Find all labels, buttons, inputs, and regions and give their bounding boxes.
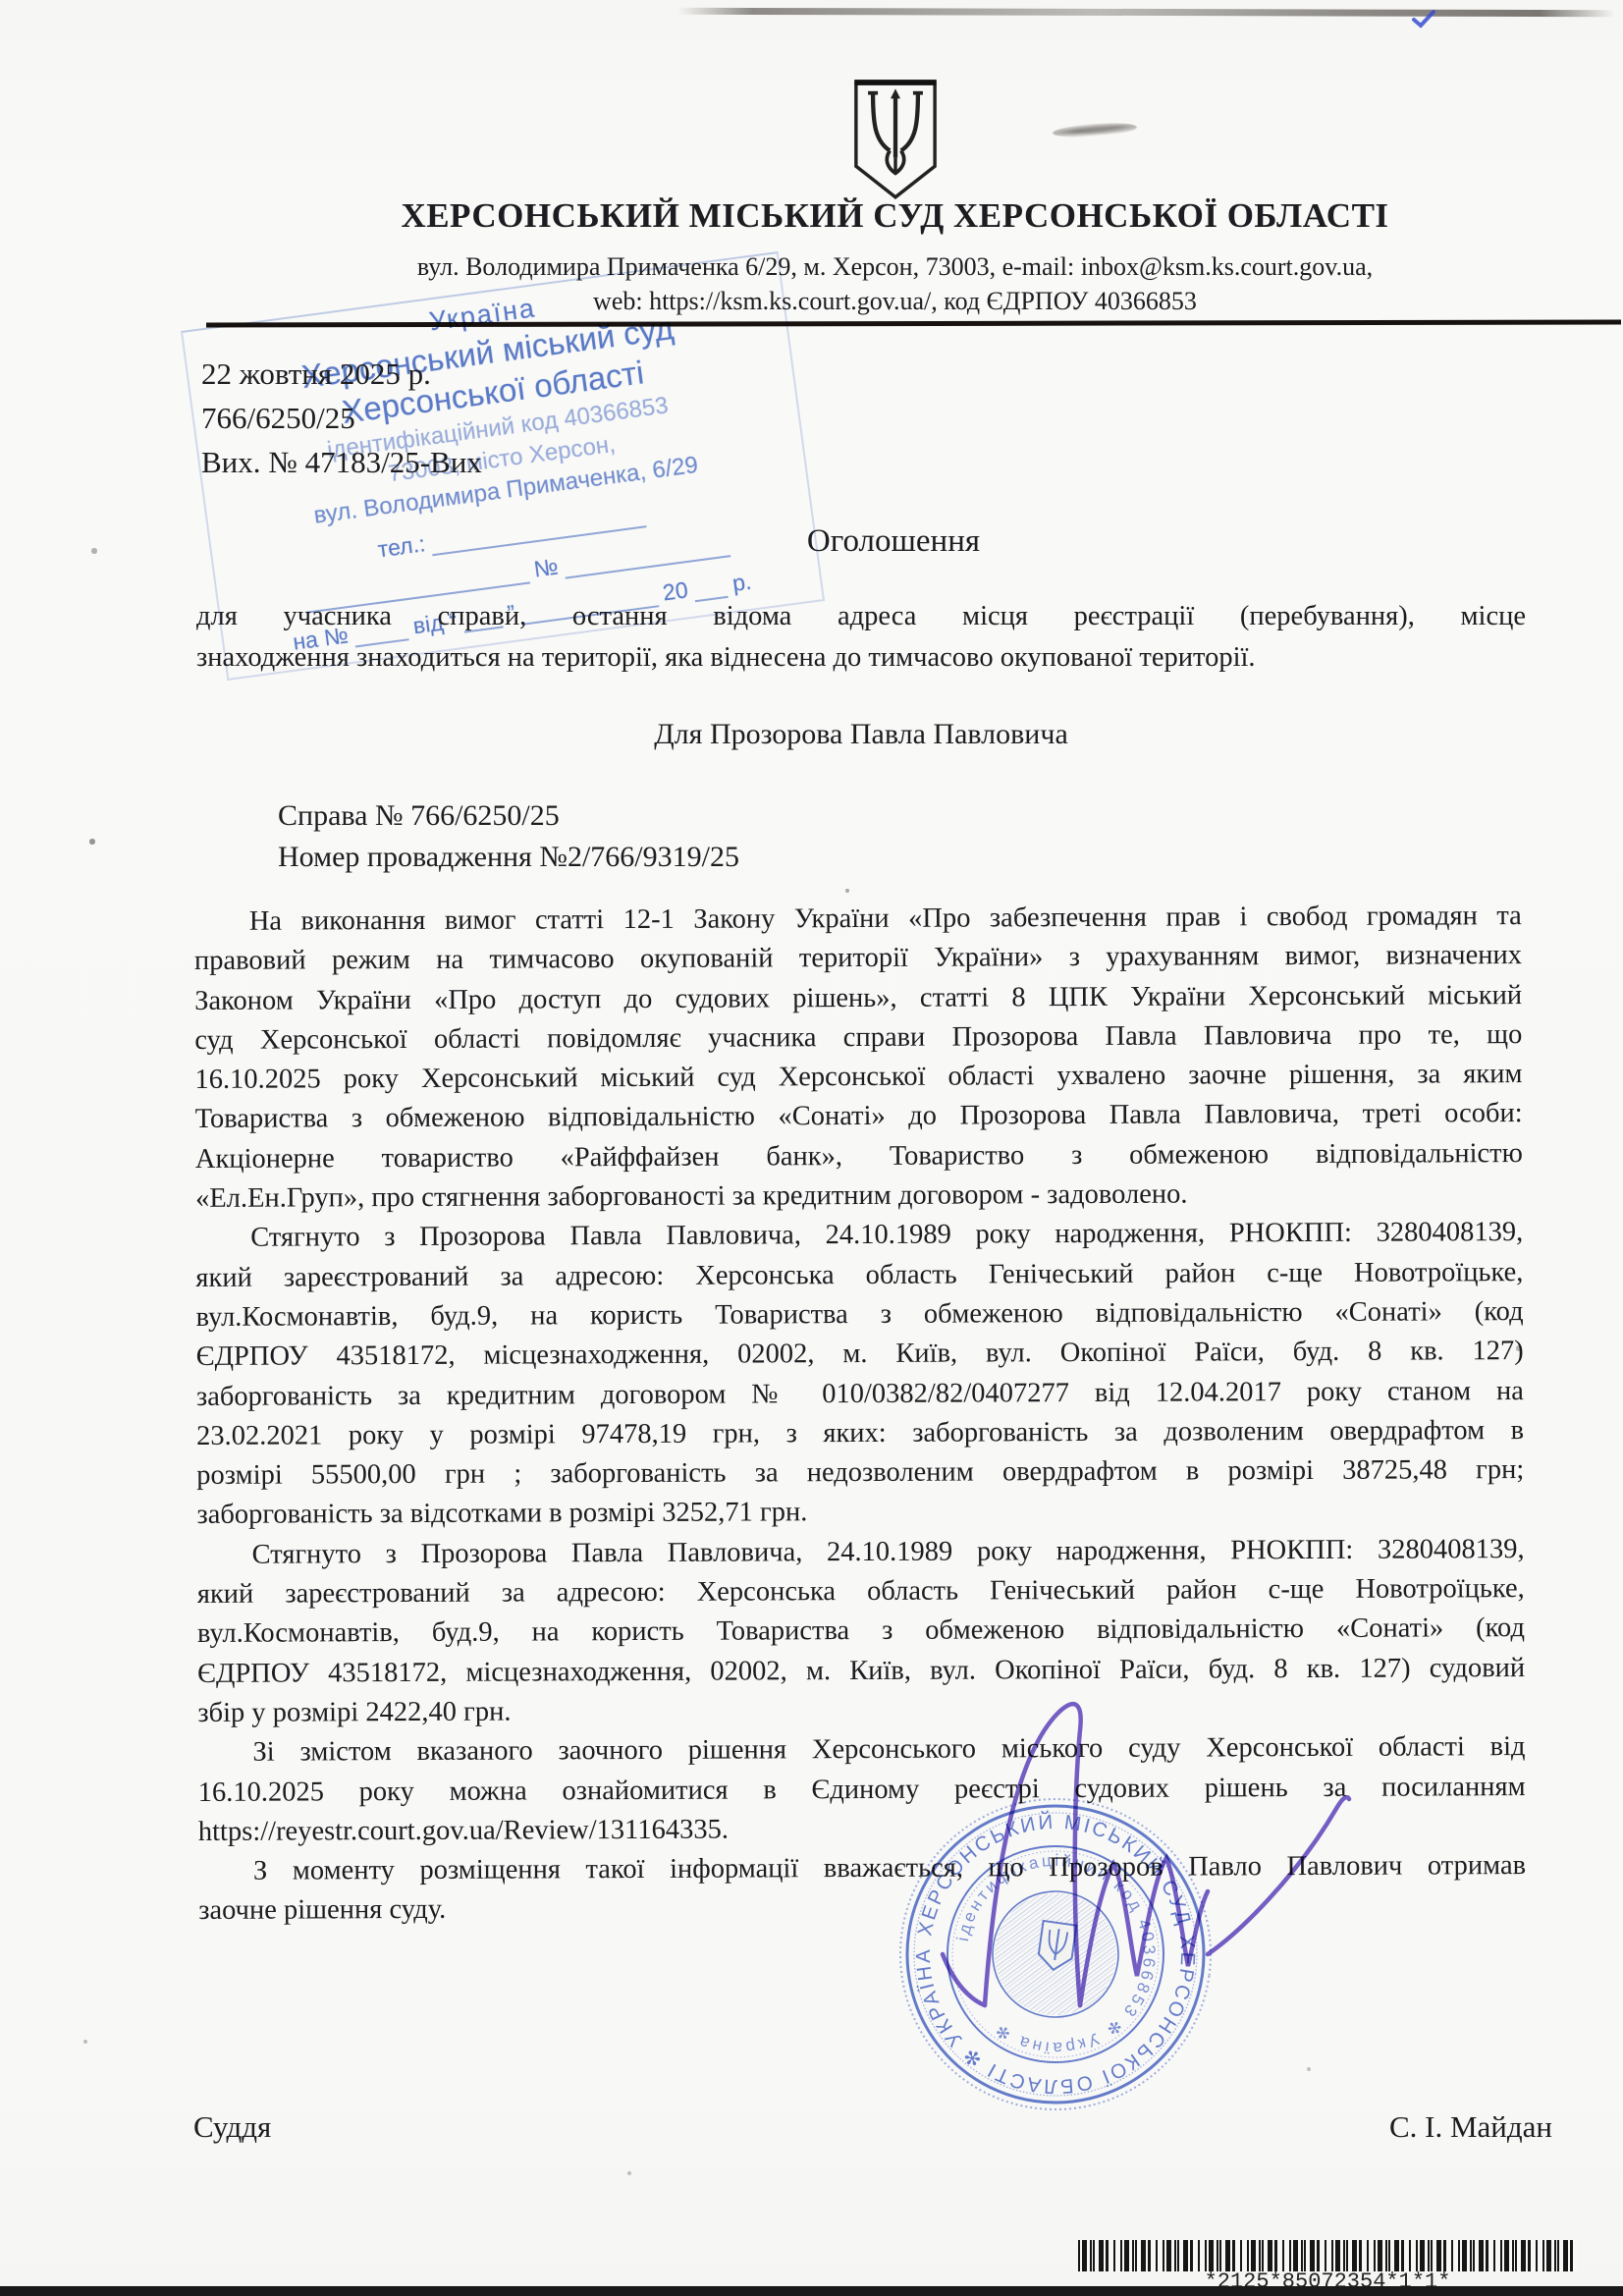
outgoing-number: Вих. № 47183/25-Вих — [201, 440, 482, 484]
case-reference-block: Справа № 766/6250/25 Номер провадження №… — [278, 795, 739, 878]
intro-paragraph: для учасника справи, остання відома адре… — [196, 596, 1526, 679]
text-line: вул.Космонавтів, буд.9, на користь Товар… — [197, 1609, 1525, 1654]
text-line: суд Херсонської області повідомляє учасн… — [194, 1015, 1522, 1061]
text-line: заборгованість за відсотками в розмірі 3… — [196, 1491, 1524, 1536]
ukraine-trident-emblem-icon — [853, 79, 938, 200]
text-line: який зареєстрований за адресою: Херсонсь… — [197, 1569, 1525, 1614]
text-line: Законом України «Про доступ до судових р… — [194, 976, 1522, 1021]
judge-name: С. І. Майдан — [1389, 2109, 1552, 2145]
scan-smudge-small — [1053, 121, 1138, 139]
text-line: розмірі 55500,00 грн ; заборгованість за… — [196, 1450, 1524, 1496]
blue-checkmark-icon — [1411, 8, 1436, 29]
court-address-line1: вул. Володимира Примаченка 6/29, м. Херс… — [167, 252, 1623, 282]
text-line: ЄДРПОУ 43518172, місцезнаходження, 02002… — [196, 1332, 1524, 1377]
case-number: 766/6250/25 — [201, 396, 482, 440]
document-title: Оголошення — [196, 523, 1591, 560]
text-line: Стягнуто з Прозорова Павла Павловича, 24… — [197, 1530, 1525, 1575]
text-line: вул.Космонавтів, буд.9, на користь Товар… — [195, 1292, 1523, 1338]
text-line: Стягнуто з Прозорова Павла Павловича, 24… — [195, 1213, 1523, 1258]
proceeding-line: Номер провадження №2/766/9319/25 — [278, 837, 739, 878]
addressee-line: Для Прозорова Павла Павловича — [196, 718, 1526, 751]
text-line: Акціонерне товариство «Райффайзен банк»,… — [195, 1134, 1523, 1179]
case-line: Справа № 766/6250/25 — [278, 795, 739, 837]
stamp-year-suffix: р. — [730, 569, 753, 597]
scan-specks — [0, 0, 2, 2]
reference-block: 22 жовтня 2025 р. 766/6250/25 Вих. № 471… — [201, 352, 482, 484]
scan-bottom-edge — [0, 2286, 1623, 2296]
text-line: знаходження знаходиться на території, як… — [196, 637, 1526, 679]
judge-label: Суддя — [193, 2109, 271, 2145]
scan-smudge-top — [677, 8, 1615, 18]
signature-row: Суддя С. І. Майдан — [193, 2109, 1552, 2145]
judge-handwritten-signature — [884, 1660, 1394, 2072]
text-line: «Ел.Ен.Груп», про стягнення заборгованос… — [195, 1174, 1523, 1219]
text-line: заборгованість за кредитним договором № … — [196, 1372, 1524, 1417]
paragraph: На виконання вимог статті 12-1 Закону Ук… — [194, 897, 1523, 1219]
text-line: 23.02.2021 року у розмірі 97478,19 грн, … — [196, 1411, 1524, 1456]
document-date: 22 жовтня 2025 р. — [201, 352, 482, 396]
paragraph: Стягнуто з Прозорова Павла Павловича, 24… — [195, 1213, 1524, 1535]
barcode — [1078, 2240, 1577, 2271]
scanned-court-letter: ХЕРСОНСЬКИЙ МІСЬКИЙ СУД ХЕРСОНСЬКОЇ ОБЛА… — [0, 0, 1623, 2296]
text-line: Товариства з обмеженою відповідальністю … — [195, 1095, 1523, 1140]
text-line: який зареєстрований за адресою: Херсонсь… — [195, 1253, 1523, 1298]
text-line: На виконання вимог статті 12-1 Закону Ук… — [194, 897, 1522, 942]
text-line: 16.10.2025 року Херсонський міський суд … — [194, 1055, 1522, 1100]
text-line: правовий режим на тимчасово окупованій т… — [194, 936, 1522, 981]
text-line: для учасника справи, остання відома адре… — [196, 596, 1526, 637]
court-name-heading: ХЕРСОНСЬКИЙ МІСЬКИЙ СУД ХЕРСОНСЬКОЇ ОБЛА… — [167, 196, 1623, 236]
